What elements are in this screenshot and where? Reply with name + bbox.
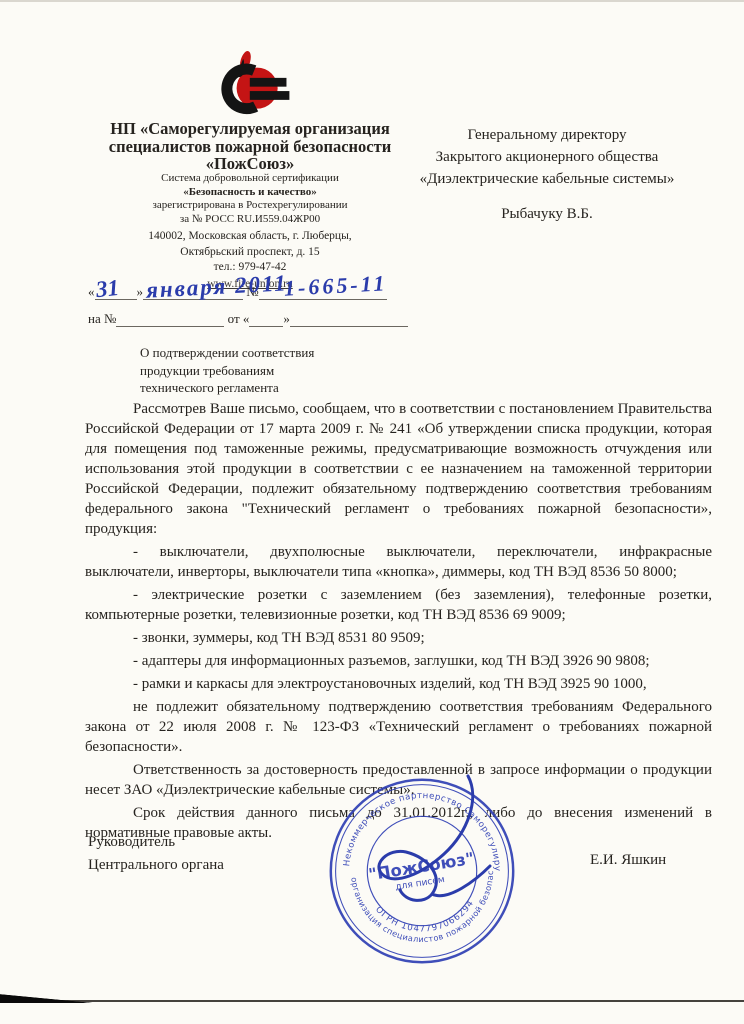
body-paragraph: Рассмотрев Ваше письмо, сообщаем, что в … [85,399,712,539]
scan-edge-top [0,0,744,2]
signatory-name: Е.И. Яшкин [590,852,666,869]
body-paragraph: - звонки, зуммеры, код ТН ВЭД 8531 80 95… [85,628,712,648]
cert-line: «Безопасность и качество» [60,186,440,200]
org-name-line: специалистов пожарной безопасности [60,138,440,156]
recipient-line: Генеральному директору [402,124,692,146]
signature-title-line: Центрального органа [88,854,224,877]
recipient-name: Рыбачуку В.Б. [402,203,692,225]
signature-title: Руководитель Центрального органа [88,831,224,877]
signature-title-line: Руководитель [88,831,224,854]
org-name: НП «Саморегулируемая организация специал… [60,120,440,173]
subject-line: продукции требованиям [140,362,380,380]
address-line: 140002, Московская область, г. Люберцы, [60,229,440,245]
recipient-line: «Диэлектрические кабельные системы» [402,168,692,190]
handwritten-outgoing-number: 1-665-11 [283,270,388,301]
cert-line: за № РОСС RU.И559.04ЖР00 [60,213,440,227]
scanned-letter-page: НП «Саморегулируемая организация специал… [0,0,744,1024]
scan-corner-artifact [0,994,95,1003]
recipient-line: Закрытого акционерного общества [402,146,692,168]
certification-system: Система добровольной сертификации «Безоп… [60,172,440,226]
reference-date-row: «» № 31 января 2011 1-665-11 [88,284,428,306]
subject-line: О подтверждении соответствия [140,344,380,362]
cert-line: Система добровольной сертификации [60,172,440,186]
recipient-block: Генеральному директору Закрытого акционе… [402,124,692,225]
printed-ot-label: от [228,311,240,326]
org-name-line: НП «Саморегулируемая организация [60,120,440,138]
body-paragraph: не подлежит обязательному подтверждению … [85,697,712,757]
printed-number-sign: № [104,311,116,326]
body-paragraph: - выключатели, двухполюсные выключатели,… [85,542,712,582]
pen-signature [340,770,520,930]
address-line: Октябрьский проспект, д. 15 [60,245,440,261]
body-paragraph: - электрические розетки с заземлением (б… [85,585,712,625]
body-paragraph: - адаптеры для информационных разъемов, … [85,651,712,671]
subject-line: технического регламента [140,379,380,397]
scan-edge-bottom [0,1000,744,1002]
cert-line: зарегистрирована в Ростехрегулировании [60,199,440,213]
reference-block: «» № 31 января 2011 1-665-11 на № от «» [88,284,428,327]
org-name-line: «ПожСоюз» [60,155,440,173]
handwritten-day: 31 [95,275,121,303]
subject-block: О подтверждении соответствия продукции т… [140,344,380,397]
reference-reply-row: на № от «» [88,311,428,327]
printed-na-label: на [88,311,101,326]
body-paragraph: - рамки и каркасы для электроустановочны… [85,674,712,694]
pozhsoyuz-logo-icon [202,50,302,116]
